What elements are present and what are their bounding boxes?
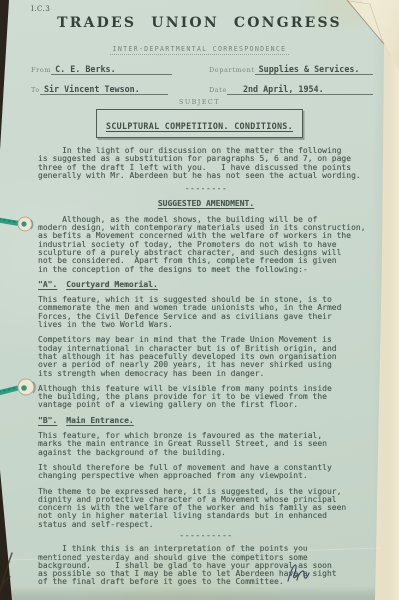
section-b-paragraph-3: The theme to be expressed here, it is su…: [38, 488, 374, 529]
section-b-paragraph-2: It should therefore be full of movement …: [38, 464, 374, 481]
subtitle-row: INTER-DEPARTMENTAL CORRESPONDENCE: [0, 36, 399, 55]
amendment-preamble-paragraph: Although, as the model shows, the buildi…: [38, 216, 374, 274]
closing-paragraph: I think this is an interpretation of the…: [38, 545, 374, 586]
section-a-heading: "A".Courtyard Memorial.: [38, 281, 374, 289]
section-a-paragraph-3: Although this feature will be visible fr…: [38, 385, 374, 410]
to-value: Sir Vincent Tewson.: [40, 84, 168, 95]
from-label: From: [31, 66, 51, 74]
suggested-amendment-heading: SUGGESTED AMENDMENT.: [38, 200, 374, 208]
section-b-title: Main Entrance.: [66, 416, 133, 425]
form-fields: From C. E. Berks. Department Supplies & …: [31, 64, 373, 95]
subject-row: SCULPTURAL COMPETITION. CONDITIONS.: [0, 109, 399, 138]
subject-title: SCULPTURAL COMPETITION. CONDITIONS.: [106, 121, 293, 131]
section-a-paragraph-1: This feature, which it is suggested shou…: [38, 296, 374, 329]
typed-divider-1: --------: [38, 185, 374, 193]
correspondence-subtitle: INTER-DEPARTMENTAL CORRESPONDENCE: [110, 45, 290, 55]
section-b-heading: "B".Main Entrance.: [38, 417, 374, 425]
from-value: C. E. Berks.: [51, 64, 172, 75]
to-label: To: [31, 86, 40, 94]
department-label: Department: [209, 66, 255, 74]
form-code: I.C.3: [31, 5, 50, 13]
subject-box: SCULPTURAL COMPETITION. CONDITIONS.: [96, 109, 303, 138]
department-value: Supplies & Services.: [255, 64, 373, 75]
memo-body: In the light of our discussion on the ma…: [38, 147, 374, 587]
section-a-title: Courtyard Memorial.: [66, 280, 158, 289]
section-a-paragraph-2: Competitors may bear in mind that the Tr…: [38, 336, 374, 377]
section-b-paragraph-1: This feature, for which bronze is favour…: [38, 432, 374, 457]
section-a-letter: "A".: [38, 280, 57, 289]
from-department-row: From C. E. Berks. Department Supplies & …: [31, 64, 373, 75]
memo-intro-paragraph: In the light of our discussion on the ma…: [38, 147, 374, 180]
date-label: Date: [209, 86, 227, 94]
to-date-row: To Sir Vincent Tewson. Date 2nd April, 1…: [31, 84, 373, 95]
memo-photograph: I.C.3 TRADES UNION CONGRESS INTER-DEPART…: [0, 0, 399, 600]
memo-sheet: I.C.3 TRADES UNION CONGRESS INTER-DEPART…: [0, 0, 399, 600]
org-title: TRADES UNION CONGRESS: [0, 15, 399, 31]
subject-label: SUBJECT: [0, 99, 399, 106]
section-b-letter: "B".: [38, 416, 57, 425]
typed-divider-2: ----------: [38, 532, 374, 540]
date-value: 2nd April, 1954.: [227, 84, 373, 95]
